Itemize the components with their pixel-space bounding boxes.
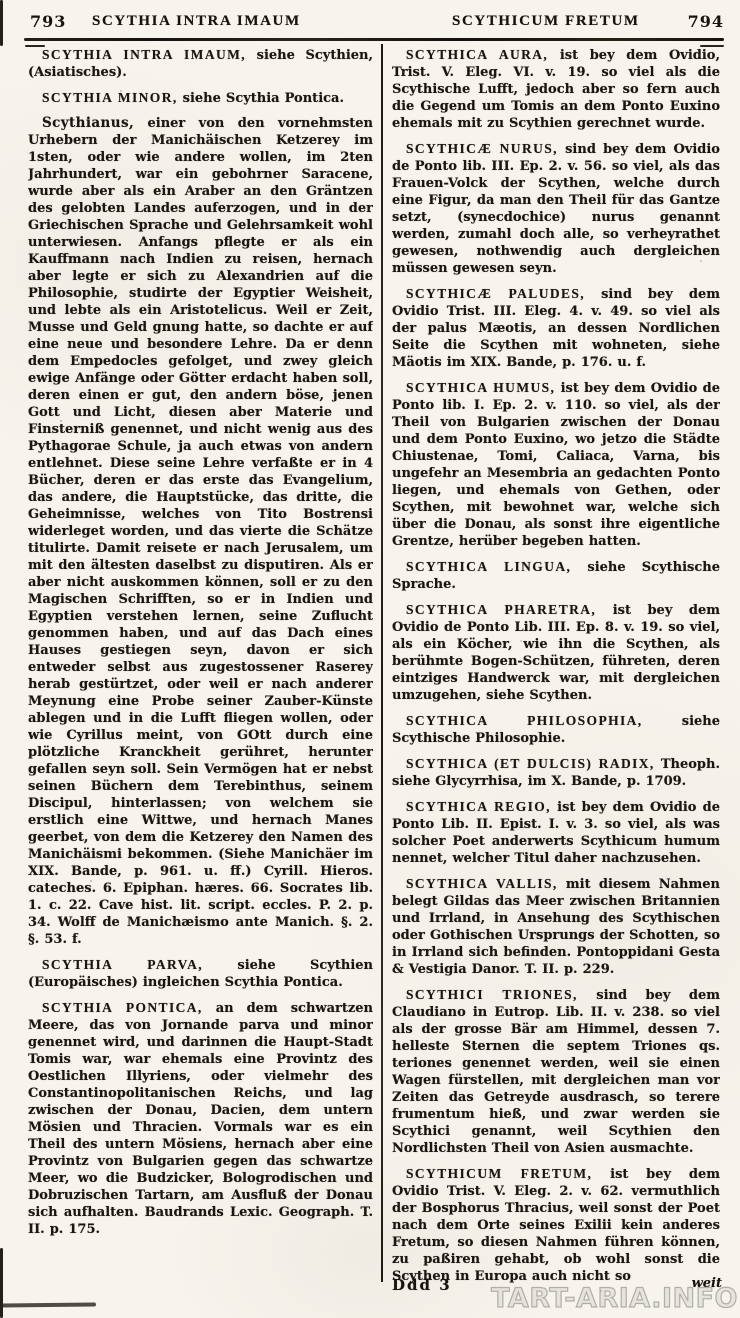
entry-body: mit diesem Nahmen belegt Gildas das Meer… <box>392 877 720 977</box>
scanned-lexicon-page: 793 SCYTHIA INTRA IMAUM SCYTHICUM FRETUM… <box>0 0 740 1318</box>
scan-speckles <box>0 0 2 2</box>
entry-scythica-philosophia: SCYTHICA PHILOSOPHIA, siehe Scythische P… <box>392 712 720 747</box>
entry-scythica-aura: SCYTHICA AURA, ist bey dem Ovidio, Trist… <box>392 46 720 132</box>
entry-headword: SCYTHICÆ NURUS, <box>406 141 558 156</box>
entry-headword: SCYTHICA HUMUS, <box>406 380 555 395</box>
entry-headword: SCYTHICA REGIO, <box>406 799 551 814</box>
entry-body: an dem schwartzen Meere, das von Jornand… <box>28 1001 373 1237</box>
entry-scythica-regio: SCYTHICA REGIO, ist bey dem Ovidio de Po… <box>392 798 720 867</box>
entry-body: siehe Scythia Pontica. <box>183 91 344 106</box>
column-divider-rule <box>381 44 383 1282</box>
entry-headword: SCYTHIA INTRA IMAUM, <box>42 47 246 62</box>
entry-headword: SCYTHICÆ PALUDES, <box>406 286 585 301</box>
scan-edge-artifact <box>0 1248 3 1318</box>
right-text-column: SCYTHICA AURA, ist bey dem Ovidio, Trist… <box>392 46 720 1286</box>
entry-scythicum-fretum: SCYTHICUM FRETUM, ist bey dem Ovidio Tri… <box>392 1165 720 1285</box>
entry-scythica-radix: SCYTHICA (ET DULCIS) RADIX, Theoph. sieh… <box>392 755 720 790</box>
entry-scythia-intra-imaum: SCYTHIA INTRA IMAUM, siehe Scythien, (As… <box>28 46 373 81</box>
entry-body: einer von den vornehmsten Urhebern der M… <box>28 116 373 947</box>
entry-body: ist bey dem Ovidio de Ponto Lib. III. Ep… <box>392 603 720 703</box>
entry-scythia-minor: SCYTHIA MINOR, siehe Scythia Pontica. <box>28 89 373 107</box>
left-text-column: SCYTHIA INTRA IMAUM, siehe Scythien, (As… <box>28 46 373 1286</box>
signature-mark: Ddd 3 <box>392 1276 452 1294</box>
watermark-text: TART-ARIA.INFO <box>491 1283 738 1314</box>
entry-headword: SCYTHICA PHARETRA, <box>406 602 596 617</box>
entry-scythicae-paludes: SCYTHICÆ PALUDES, sind bey dem Ovidio Tr… <box>392 285 720 371</box>
entry-headword: SCYTHICA PHILOSOPHIA, <box>406 713 643 728</box>
page-number-left: 793 <box>30 12 66 31</box>
entry-headword: SCYTHIA MINOR, <box>42 90 178 105</box>
entry-scythianus: Scythianus, einer von den vornehmsten Ur… <box>28 115 373 948</box>
entry-scythica-pharetra: SCYTHICA PHARETRA, ist bey dem Ovidio de… <box>392 601 720 704</box>
scan-smudge-artifact <box>0 1302 96 1307</box>
entry-headword: SCYTHICUM FRETUM, <box>406 1166 592 1181</box>
page-number-right: 794 <box>688 12 724 31</box>
entry-scythica-vallis: SCYTHICA VALLIS, mit diesem Nahmen beleg… <box>392 875 720 978</box>
page-header: 793 SCYTHIA INTRA IMAUM SCYTHICUM FRETUM… <box>0 10 740 36</box>
entry-headword: SCYTHIA PARVA, <box>42 957 203 972</box>
entry-body: sind bey dem Claudiano in Eutrop. Lib. I… <box>392 988 720 1156</box>
entry-scythicae-nurus: SCYTHICÆ NURUS, sind bey dem Ovidio de P… <box>392 140 720 277</box>
entry-headword: SCYTHIA PONTICA, <box>42 1000 203 1015</box>
entry-scythici-triones: SCYTHICI TRIONES, sind bey dem Claudiano… <box>392 986 720 1157</box>
entry-scythica-lingua: SCYTHICA LINGUA, siehe Scythische Sprach… <box>392 558 720 593</box>
entry-scythia-parva: SCYTHIA PARVA, siehe Scythien (Europäisc… <box>28 956 373 991</box>
entry-headword: SCYTHICA LINGUA, <box>406 559 571 574</box>
entry-body: ist bey dem Ovidio Trist. V. Eleg. 2. v.… <box>392 1167 720 1284</box>
entry-scythia-pontica: SCYTHIA PONTICA, an dem schwartzen Meere… <box>28 999 373 1238</box>
entry-body: sind bey dem Ovidio de Ponto lib. III. E… <box>392 142 720 276</box>
entry-headword: SCYTHICA (ET DULCIS) RADIX, <box>406 756 655 771</box>
scan-edge-artifact <box>0 0 3 46</box>
running-title-left: SCYTHIA INTRA IMAUM <box>92 13 301 30</box>
running-title-right: SCYTHICUM FRETUM <box>452 13 640 30</box>
header-rule <box>24 38 724 41</box>
entry-headword: SCYTHICA VALLIS, <box>406 876 558 891</box>
entry-headword: SCYTHICA AURA, <box>406 47 548 62</box>
entry-headword: SCYTHICI TRIONES, <box>406 987 578 1002</box>
entry-headword: Scythianus, <box>42 115 134 131</box>
entry-body: ist bey dem Ovidio de Ponto lib. I. Ep. … <box>392 381 720 549</box>
entry-scythica-humus: SCYTHICA HUMUS, ist bey dem Ovidio de Po… <box>392 379 720 550</box>
